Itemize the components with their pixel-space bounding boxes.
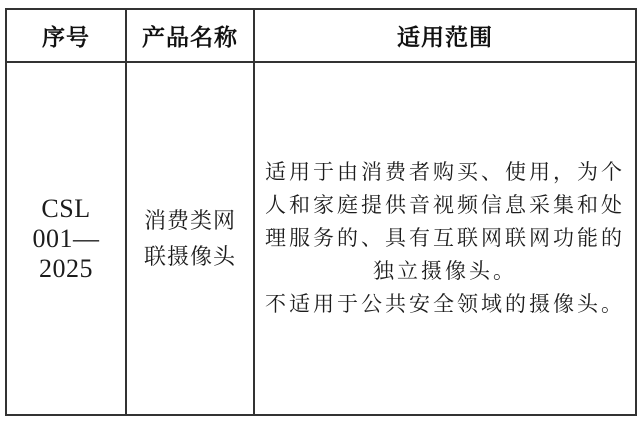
cell-scope: 适用于由消费者购买、使用，为个人和家庭提供音视频信息采集和处理服务的、具有互联网… <box>254 62 636 415</box>
header-row: 序号 产品名称 适用范围 <box>6 9 636 62</box>
table-row: CSL 001—2025 消费类网联摄像头 适用于由消费者购买、使用，为个人和家… <box>6 62 636 415</box>
product-scope-table: 序号 产品名称 适用范围 CSL 001—2025 消费类网联摄像头 适用于由消… <box>5 8 637 416</box>
header-serial-number: 序号 <box>6 9 126 62</box>
serial-number-line2: 001—2025 <box>7 224 125 284</box>
cell-serial-number: CSL 001—2025 <box>6 62 126 415</box>
header-scope: 适用范围 <box>254 9 636 62</box>
header-product-name: 产品名称 <box>126 9 254 62</box>
scope-paragraph-not-applicable: 不适用于公共安全领域的摄像头。 <box>257 288 633 321</box>
scope-paragraph-applicable: 适用于由消费者购买、使用，为个人和家庭提供音视频信息采集和处理服务的、具有互联网… <box>257 156 633 288</box>
serial-number-line1: CSL <box>7 194 125 224</box>
cell-product-name: 消费类网联摄像头 <box>126 62 254 415</box>
